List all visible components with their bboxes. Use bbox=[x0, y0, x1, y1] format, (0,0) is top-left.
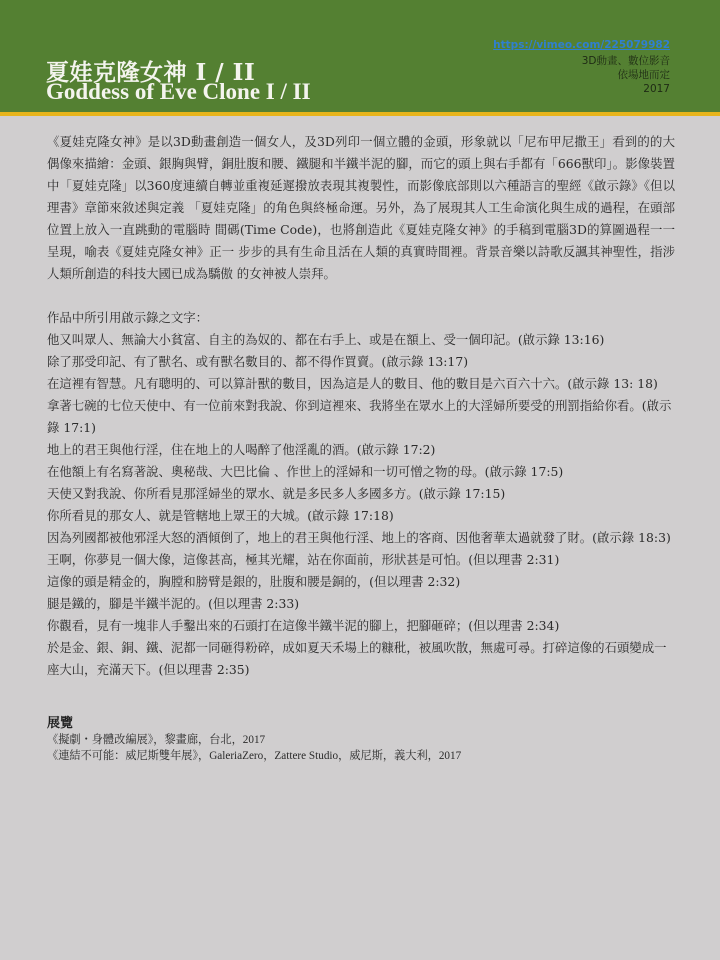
quotes-heading: 作品中所引用啟示錄之文字： bbox=[47, 307, 675, 329]
quote-line: 在他額上有名寫著說、奧秘哉、大巴比倫 、作世上的淫婦和一切可憎之物的母。(啟示錄… bbox=[47, 461, 675, 483]
exhibitions-heading: 展覽 bbox=[47, 712, 687, 731]
quote-line: 天使又對我說、你所看見那淫婦坐的眾水、就是多民多人多國多方。(啟示錄 17:15… bbox=[47, 483, 675, 505]
quote-line: 腿是鐵的，腳是半鐵半泥的。(但以理書 2:33) bbox=[47, 593, 675, 615]
artwork-dimensions: 依場地而定 bbox=[493, 68, 670, 82]
quote-line: 除了那受印記、有了獸名、或有獸名數目的、都不得作買賣。(啟示錄 13:17) bbox=[47, 351, 675, 373]
main-content: 《夏娃克隆女神》是以3D動畫創造一個女人，及3D列印一個立體的金頭，形象就以「尼… bbox=[47, 131, 675, 681]
header-banner: 夏娃克隆女神 I / II Goddess of Eve Clone I / I… bbox=[0, 0, 720, 112]
intro-paragraph: 《夏娃克隆女神》是以3D動畫創造一個女人，及3D列印一個立體的金頭，形象就以「尼… bbox=[47, 131, 675, 285]
quote-line: 你觀看，見有一塊非人手鑿出來的石頭打在這像半鐵半泥的腳上，把腳砸碎；(但以理書 … bbox=[47, 615, 675, 637]
vimeo-link[interactable]: https://vimeo.com/225079982 bbox=[493, 38, 670, 52]
exhibition-item: 《連結不可能：威尼斯雙年展》，GaleriaZero，Zattere Studi… bbox=[47, 748, 687, 764]
quote-line: 他又叫眾人、無論大小貧富、自主的為奴的、都在右手上、或是在額上、受一個印記。(啟… bbox=[47, 329, 675, 351]
quote-line: 你所看見的那女人、就是管轄地上眾王的大城。(啟示錄 17:18) bbox=[47, 505, 675, 527]
artwork-year: 2017 bbox=[493, 82, 670, 96]
quote-line: 這像的頭是精金的，胸膛和膀臂是銀的，肚腹和腰是銅的，(但以理書 2:32) bbox=[47, 571, 675, 593]
artwork-meta: https://vimeo.com/225079982 3D動畫、數位影音 依場… bbox=[493, 38, 670, 96]
scripture-quotes: 作品中所引用啟示錄之文字： 他又叫眾人、無論大小貧富、自主的為奴的、都在右手上、… bbox=[47, 307, 675, 681]
quote-line: 在這裡有智慧。凡有聰明的、可以算計獸的數目，因為這是人的數目、他的數目是六百六十… bbox=[47, 373, 675, 395]
quote-line: 王啊，你夢見一個大像，這像甚高，極其光耀，站在你面前，形狀甚是可怕。(但以理書 … bbox=[47, 549, 675, 571]
quote-line: 於是金、銀、銅、鐵、泥都一同砸得粉碎，成如夏天禾場上的糠秕，被風吹散，無處可尋。… bbox=[47, 637, 675, 681]
artwork-medium: 3D動畫、數位影音 bbox=[493, 54, 670, 68]
exhibition-item: 《擬劇・身體改編展》，黎畫廊，台北，2017 bbox=[47, 732, 687, 748]
exhibitions-section: 展覽 《擬劇・身體改編展》，黎畫廊，台北，2017 《連結不可能：威尼斯雙年展》… bbox=[47, 712, 687, 764]
quote-line: 地上的君王與他行淫，住在地上的人喝醉了他淫亂的酒。(啟示錄 17:2) bbox=[47, 439, 675, 461]
header-divider bbox=[0, 112, 720, 116]
quote-line: 拿著七碗的七位天使中、有一位前來對我說、你到這裡來、我將坐在眾水上的大淫婦所要受… bbox=[47, 395, 675, 439]
title-english: Goddess of Eve Clone I / II bbox=[46, 79, 311, 105]
quote-line: 因為列國都被他邪淫大怒的酒傾倒了，地上的君王與他行淫、地上的客商、因他奢華太過就… bbox=[47, 527, 675, 549]
